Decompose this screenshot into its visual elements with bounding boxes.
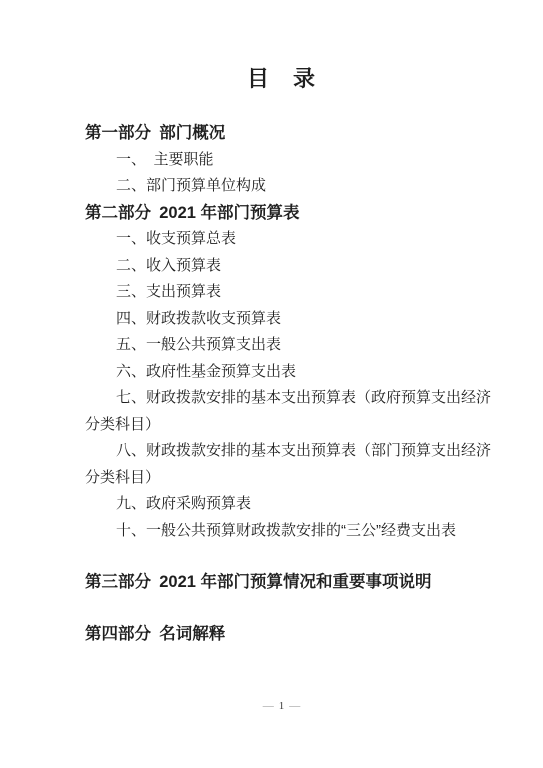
page-number: 1: [279, 700, 285, 712]
toc-entry: 四、财政拨款收支预算表: [85, 306, 478, 333]
toc-entry: 九、政府采购预算表: [85, 491, 478, 518]
toc-entry: 二、部门预算单位构成: [85, 173, 478, 200]
document-page: 目 录 第一部分 部门概况 一、 主要职能 二、部门预算单位构成 第二部分 20…: [0, 0, 543, 768]
toc-entry: 三、支出预算表: [85, 279, 478, 306]
table-of-contents: 第一部分 部门概况 一、 主要职能 二、部门预算单位构成 第二部分 2021 年…: [85, 120, 478, 647]
toc-entry: 七、财政拨款安排的基本支出预算表（政府预算支出经济: [85, 385, 478, 412]
toc-entry: 一、 主要职能: [85, 147, 478, 174]
toc-entry: 六、政府性基金预算支出表: [85, 359, 478, 386]
document-title: 目 录: [85, 64, 478, 94]
footer-dash-left: —: [263, 700, 274, 712]
toc-entry-continuation: 分类科目）: [85, 412, 478, 439]
toc-part-heading-1: 第一部分 部门概况: [85, 120, 478, 147]
toc-entry: 十、一般公共预算财政拨款安排的“三公”经费支出表: [85, 518, 478, 545]
toc-entry: 一、收支预算总表: [85, 226, 478, 253]
footer-dash-right: —: [289, 700, 300, 712]
toc-entry: 五、一般公共预算支出表: [85, 332, 478, 359]
toc-entry: 八、财政拨款安排的基本支出预算表（部门预算支出经济: [85, 438, 478, 465]
toc-part-heading-3: 第三部分 2021 年部门预算情况和重要事项说明: [85, 569, 478, 596]
page-footer: —1—: [85, 699, 478, 713]
toc-entry-continuation: 分类科目）: [85, 465, 478, 492]
toc-entry: 二、收入预算表: [85, 253, 478, 280]
toc-part-heading-4: 第四部分 名词解释: [85, 621, 478, 648]
toc-part-heading-2: 第二部分 2021 年部门预算表: [85, 200, 478, 227]
